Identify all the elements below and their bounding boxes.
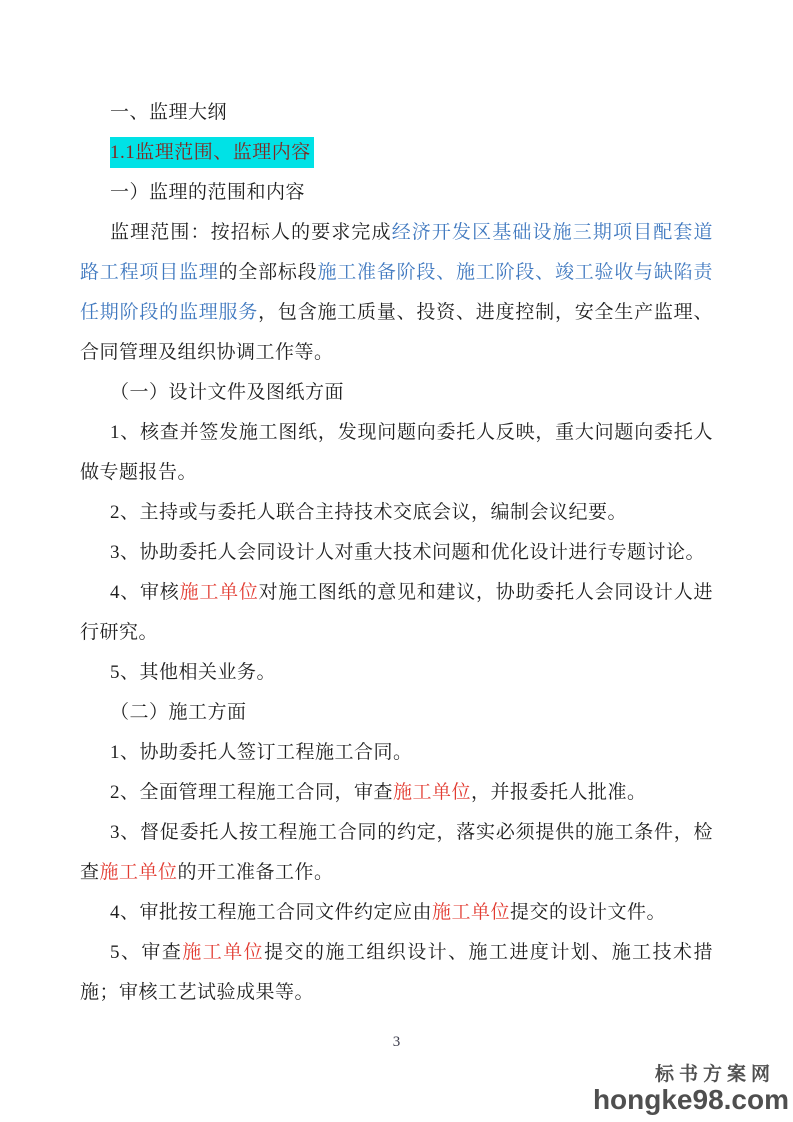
highlighted-text-run: 1.1监理范围、监理内容	[110, 137, 314, 168]
list-item: 2、全面管理工程施工合同，审查施工单位，并报委托人批准。	[80, 773, 713, 813]
text-run: 5、审查	[110, 942, 182, 963]
text-run: 施工单位	[180, 582, 259, 603]
watermark-site-url: hongke98.com	[593, 1085, 789, 1114]
list-item: 4、审批按工程施工合同文件约定应由施工单位提交的设计文件。	[80, 893, 713, 933]
list-item: 5、审查施工单位提交的施工组织设计、施工进度计划、施工技术措施；审核工艺试验成果…	[80, 933, 713, 1013]
text-run: 5、其他相关业务。	[110, 662, 276, 683]
page-number: 3	[0, 1034, 793, 1051]
text-run: 4、审批按工程施工合同文件约定应由	[110, 902, 432, 923]
heading-section-highlighted: 1.1监理范围、监理内容	[80, 133, 713, 173]
text-run: 2、主持或与委托人联合主持技术交底会议，编制会议纪要。	[110, 502, 627, 523]
text-run: （二）施工方面	[110, 702, 247, 723]
text-run: 施工单位	[393, 782, 471, 803]
text-run: 2、全面管理工程施工合同，审查	[110, 782, 393, 803]
text-run: ，并报委托人批准。	[471, 782, 647, 803]
text-run: 施工单位	[100, 862, 178, 883]
list-item: 1、核查并签发施工图纸，发现问题向委托人反映，重大问题向委托人做专题报告。	[80, 413, 713, 493]
text-run: 4、审核	[110, 582, 180, 603]
heading-list-construction: （二）施工方面	[80, 693, 713, 733]
text-run: 3、协助委托人会同设计人对重大技术问题和优化设计进行专题讨论。	[110, 542, 705, 563]
document-page: 一、监理大纲1.1监理范围、监理内容一）监理的范围和内容监理范围：按招标人的要求…	[0, 0, 793, 1122]
text-run: 施工单位	[432, 902, 510, 923]
text-run: 施工单位	[182, 942, 264, 963]
text-run: 提交的设计文件。	[510, 902, 666, 923]
list-item: 5、其他相关业务。	[80, 653, 713, 693]
list-item: 3、督促委托人按工程施工合同的约定，落实必须提供的施工条件，检查施工单位的开工准…	[80, 813, 713, 893]
text-run: 1、核查并签发施工图纸，发现问题向委托人反映，重大问题向委托人做专题报告。	[80, 422, 713, 483]
list-item: 2、主持或与委托人联合主持技术交底会议，编制会议纪要。	[80, 493, 713, 533]
text-run: 的全部标段	[219, 262, 318, 283]
watermark: 标书方案网 hongke98.com	[593, 1065, 789, 1114]
watermark-site-name: 标书方案网	[593, 1065, 775, 1085]
text-run: 1、协助委托人签订工程施工合同。	[110, 742, 413, 763]
list-item: 3、协助委托人会同设计人对重大技术问题和优化设计进行专题讨论。	[80, 533, 713, 573]
paragraph-scope: 监理范围：按招标人的要求完成经济开发区基础设施三期项目配套道路工程项目监理的全部…	[80, 213, 713, 373]
text-run: 一、监理大纲	[110, 102, 227, 123]
text-run: 的开工准备工作。	[178, 862, 334, 883]
list-item: 4、审核施工单位对施工图纸的意见和建议，协助委托人会同设计人进行研究。	[80, 573, 713, 653]
heading-subsection: 一）监理的范围和内容	[80, 173, 713, 213]
list-item: 1、协助委托人签订工程施工合同。	[80, 733, 713, 773]
heading-chapter: 一、监理大纲	[80, 93, 713, 133]
text-run: 一）监理的范围和内容	[110, 182, 305, 203]
text-run: （一）设计文件及图纸方面	[110, 382, 344, 403]
heading-list-design: （一）设计文件及图纸方面	[80, 373, 713, 413]
document-body: 一、监理大纲1.1监理范围、监理内容一）监理的范围和内容监理范围：按招标人的要求…	[80, 93, 713, 1013]
text-run: 监理范围：按招标人的要求完成	[110, 222, 392, 243]
